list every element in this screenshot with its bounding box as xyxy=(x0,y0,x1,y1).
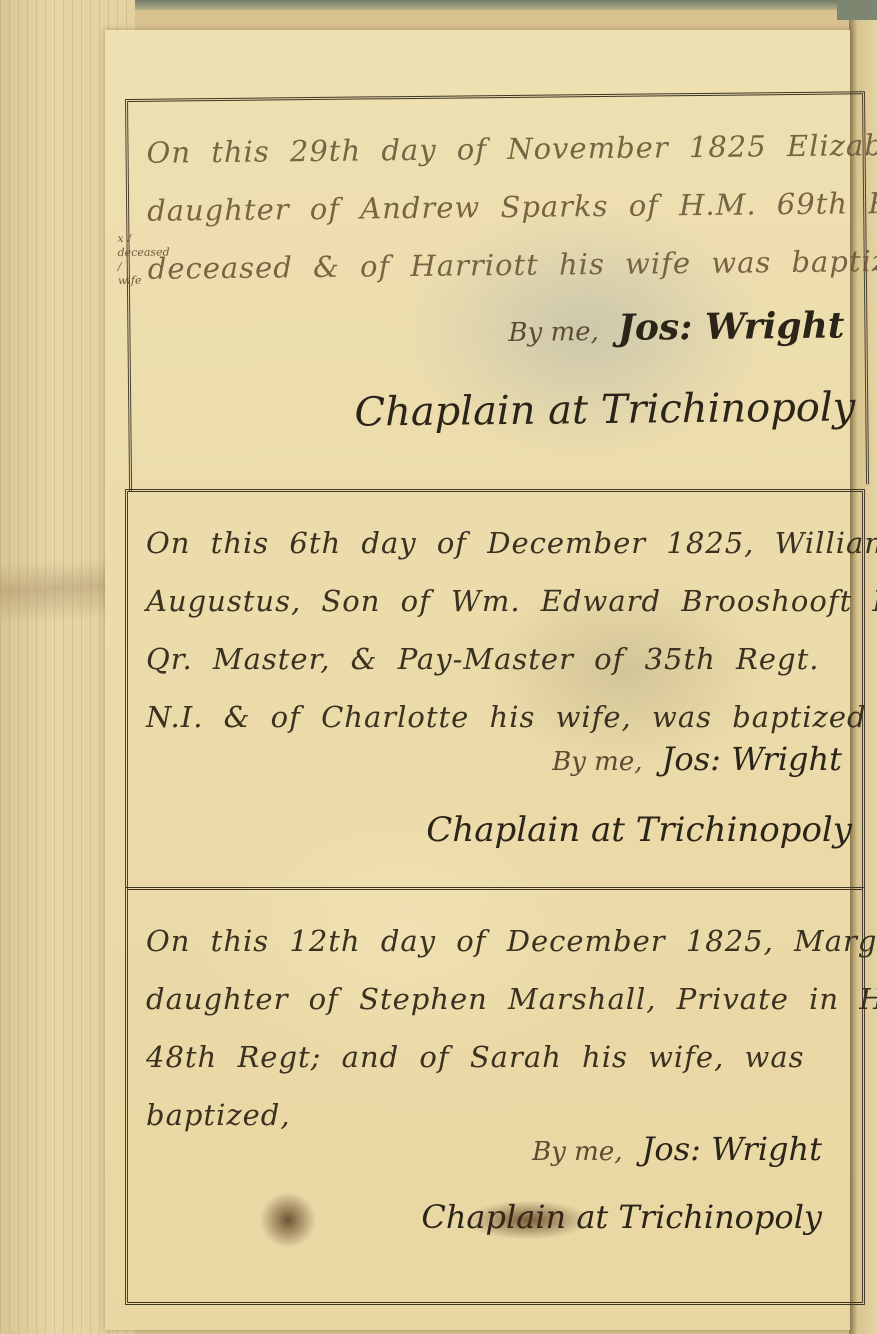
by-me-label: By me, xyxy=(552,747,642,777)
by-me-label: By me, xyxy=(532,1137,622,1167)
background-corner xyxy=(837,0,877,20)
register-entry-3: On this 12th day of December 1825, Marga… xyxy=(125,887,865,1305)
register-entry-1: x / deceased / wife On this 29th day of … xyxy=(125,91,869,492)
baptismal-register: x / deceased / wife On this 29th day of … xyxy=(125,75,865,1310)
officiant-title: Chaplain at Trichinopoly xyxy=(354,384,855,435)
signature: Jos: Wright xyxy=(662,740,842,778)
background-strip xyxy=(60,0,840,10)
officiant-title: Chaplain at Trichinopoly xyxy=(426,810,852,850)
by-me-label: By me, xyxy=(508,317,599,348)
entry-line: Augustus, Son of Wm. Edward Brooshooft L… xyxy=(146,572,852,630)
margin-annotation: x / deceased / wife xyxy=(117,232,142,288)
signature: Jos: Wright xyxy=(642,1130,822,1168)
signature-line: By me, Jos: Wright xyxy=(508,304,844,350)
entry-line: N.I. & of Charlotte his wife, was baptiz… xyxy=(146,688,852,746)
register-entry-2: On this 6th day of December 1825, Willia… xyxy=(125,489,865,889)
entry-text: On this 6th day of December 1825, Willia… xyxy=(146,514,852,746)
entry-line: On this 6th day of December 1825, Willia… xyxy=(146,514,852,572)
entry-line: On this 29th day of November 1825 Elizab… xyxy=(146,116,853,181)
entry-text: On this 12th day of December 1825, Marga… xyxy=(146,912,852,1144)
entry-line: deceased & of Harriott his wife was bapt… xyxy=(147,232,854,297)
signature-line: By me, Jos: Wright xyxy=(532,1130,822,1168)
entry-line: Qr. Master, & Pay-Master of 35th Regt. xyxy=(146,630,852,688)
entry-text: On this 29th day of November 1825 Elizab… xyxy=(146,116,854,297)
officiant-title: Chaplain at Trichinopoly xyxy=(421,1198,822,1236)
entry-line: On this 12th day of December 1825, Marga… xyxy=(146,912,852,970)
entry-line: daughter of Andrew Sparks of H.M. 69th R… xyxy=(147,174,854,239)
entry-line: daughter of Stephen Marshall, Private in… xyxy=(146,970,852,1028)
signature-line: By me, Jos: Wright xyxy=(552,740,842,778)
signature: Jos: Wright xyxy=(618,304,845,348)
entry-line: 48th Regt; and of Sarah his wife, was xyxy=(146,1028,852,1086)
